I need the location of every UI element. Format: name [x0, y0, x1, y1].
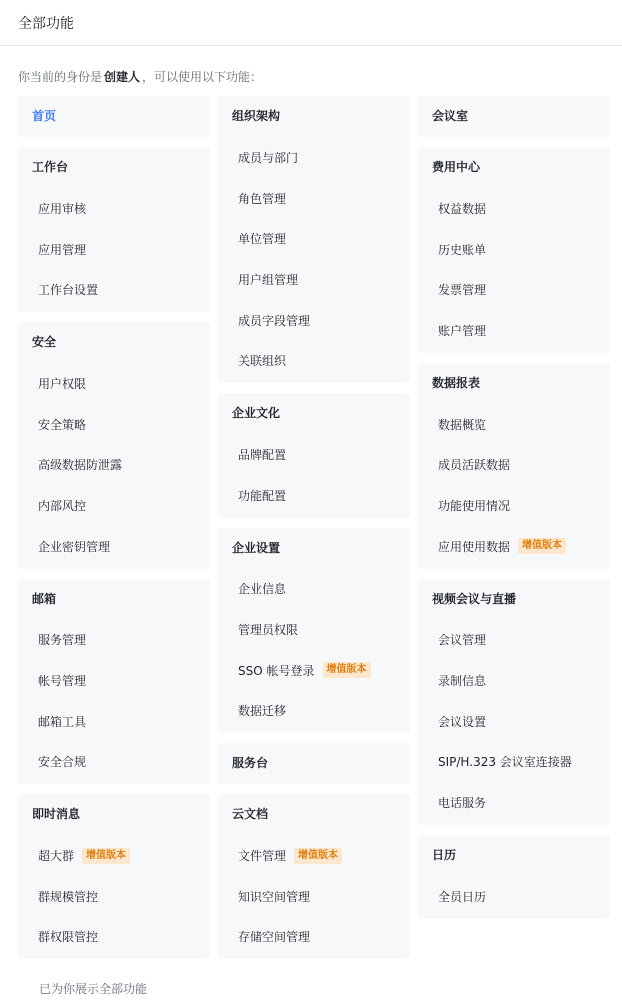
feature-item-label: 应用管理 [38, 241, 86, 258]
feature-item-label: 群权限管控 [38, 928, 98, 945]
card-title: 企业文化 [218, 393, 410, 434]
feature-item[interactable]: 功能使用情况 [418, 485, 610, 526]
feature-item-label: 应用审核 [38, 200, 86, 217]
feature-item[interactable]: 工作台设置 [18, 269, 210, 310]
card-title: 即时消息 [18, 794, 210, 835]
feature-item[interactable]: 电话服务 [418, 782, 610, 823]
feature-item-label: 文件管理 [238, 847, 286, 864]
feature-item-label: 成员字段管理 [238, 312, 310, 329]
feature-item[interactable]: 安全合规 [18, 742, 210, 783]
card-title[interactable]: 服务台 [218, 743, 410, 784]
feature-item[interactable]: 成员活跃数据 [418, 444, 610, 485]
feature-item[interactable]: 群规模管控 [18, 876, 210, 917]
feature-item[interactable]: 角色管理 [218, 178, 410, 219]
feature-item-label: 角色管理 [238, 190, 286, 207]
feature-item-label: 工作台设置 [38, 281, 98, 298]
feature-item[interactable]: 关联组织 [218, 340, 410, 381]
premium-badge: 增值版本 [323, 662, 371, 678]
feature-item-label: 安全合规 [38, 753, 86, 770]
card-title[interactable]: 会议室 [418, 96, 610, 137]
feature-item-label: 用户组管理 [238, 271, 298, 288]
column-3: 会议室费用中心权益数据历史账单发票管理账户管理数据报表数据概览成员活跃数据功能使… [418, 96, 610, 919]
feature-item-label: 应用使用数据 [438, 538, 510, 555]
feature-item-label: 群规模管控 [38, 888, 98, 905]
card-title: 视频会议与直播 [418, 579, 610, 620]
feature-item[interactable]: 企业信息 [218, 569, 410, 610]
feature-item[interactable]: 用户组管理 [218, 259, 410, 300]
card-title: 邮箱 [18, 579, 210, 620]
feature-item[interactable]: 会议设置 [418, 701, 610, 742]
feature-item[interactable]: 成员与部门 [218, 137, 410, 178]
feature-card: 视频会议与直播会议管理录制信息会议设置SIP/H.323 会议室连接器电话服务 [418, 579, 610, 825]
feature-item-label: 账户管理 [438, 322, 486, 339]
feature-card: 数据报表数据概览成员活跃数据功能使用情况应用使用数据增值版本 [418, 363, 610, 569]
column-1: 首页工作台应用审核应用管理工作台设置安全用户权限安全策略高级数据防泄露内部风控企… [18, 96, 210, 959]
feature-item[interactable]: 邮箱工具 [18, 701, 210, 742]
intro-prefix: 你当前的身份是 [18, 70, 102, 84]
feature-item[interactable]: 用户权限 [18, 363, 210, 404]
feature-card: 邮箱服务管理帐号管理邮箱工具安全合规 [18, 579, 210, 785]
feature-item[interactable]: 帐号管理 [18, 660, 210, 701]
feature-card: 企业文化品牌配置功能配置 [218, 393, 410, 517]
feature-card: 会议室 [418, 96, 610, 137]
feature-item[interactable]: 会议管理 [418, 620, 610, 661]
feature-item-label: 邮箱工具 [38, 713, 86, 730]
feature-item[interactable]: 服务管理 [18, 620, 210, 661]
feature-item[interactable]: 成员字段管理 [218, 300, 410, 341]
feature-item-label: 成员与部门 [238, 149, 298, 166]
card-title: 云文档 [218, 794, 410, 835]
feature-item-label: 会议管理 [438, 631, 486, 648]
feature-item[interactable]: 品牌配置 [218, 434, 410, 475]
card-title: 组织架构 [218, 96, 410, 137]
feature-item[interactable]: 数据概览 [418, 404, 610, 445]
feature-item[interactable]: 功能配置 [218, 475, 410, 516]
feature-item[interactable]: 高级数据防泄露 [18, 444, 210, 485]
page-header: 全部功能 [0, 0, 622, 46]
feature-item-label: SSO 帐号登录 [238, 662, 315, 679]
page-title: 全部功能 [18, 13, 74, 33]
feature-item-label: 成员活跃数据 [438, 456, 510, 473]
premium-badge: 增值版本 [518, 538, 566, 554]
feature-item[interactable]: 权益数据 [418, 188, 610, 229]
feature-item-label: 内部风控 [38, 497, 86, 514]
feature-card: 安全用户权限安全策略高级数据防泄露内部风控企业密钥管理 [18, 322, 210, 568]
feature-item-label: 安全策略 [38, 416, 86, 433]
feature-card: 服务台 [218, 743, 410, 784]
feature-item[interactable]: 知识空间管理 [218, 876, 410, 917]
feature-item-label: 数据迁移 [238, 702, 286, 719]
premium-badge: 增值版本 [82, 848, 130, 864]
feature-item-label: 电话服务 [438, 794, 486, 811]
card-title: 日历 [418, 835, 610, 876]
feature-card: 即时消息超大群增值版本群规模管控群权限管控 [18, 794, 210, 959]
feature-item[interactable]: 内部风控 [18, 485, 210, 526]
card-title: 数据报表 [418, 363, 610, 404]
feature-item-label: 关联组织 [238, 352, 286, 369]
feature-item-label: SIP/H.323 会议室连接器 [438, 753, 572, 770]
feature-card: 企业设置企业信息管理员权限SSO 帐号登录增值版本数据迁移 [218, 528, 410, 734]
feature-item[interactable]: 应用使用数据增值版本 [418, 526, 610, 567]
feature-item[interactable]: 存储空间管理 [218, 917, 410, 958]
feature-item[interactable]: 超大群增值版本 [18, 835, 210, 876]
feature-item-label: 超大群 [38, 847, 74, 864]
feature-item[interactable]: 账户管理 [418, 310, 610, 351]
feature-item-label: 帐号管理 [38, 672, 86, 689]
feature-item-label: 知识空间管理 [238, 888, 310, 905]
feature-item[interactable]: 管理员权限 [218, 609, 410, 650]
home-link[interactable]: 首页 [18, 96, 210, 137]
feature-item[interactable]: SIP/H.323 会议室连接器 [418, 742, 610, 783]
feature-item-label: 服务管理 [38, 631, 86, 648]
feature-item[interactable]: SSO 帐号登录增值版本 [218, 650, 410, 691]
column-2: 组织架构成员与部门角色管理单位管理用户组管理成员字段管理关联组织企业文化品牌配置… [218, 96, 410, 959]
feature-item-label: 品牌配置 [238, 446, 286, 463]
feature-item[interactable]: 安全策略 [18, 404, 210, 445]
feature-item-label: 权益数据 [438, 200, 486, 217]
feature-item-label: 管理员权限 [238, 621, 298, 638]
feature-card: 首页 [18, 96, 210, 137]
feature-item-label: 用户权限 [38, 375, 86, 392]
card-title: 费用中心 [418, 147, 610, 188]
intro-suffix: ，可以使用以下功能： [142, 70, 262, 84]
feature-item-label: 数据概览 [438, 416, 486, 433]
feature-card: 日历全员日历 [418, 835, 610, 919]
feature-item-label: 会议设置 [438, 713, 486, 730]
footer-note: 已为你展示全部功能 [39, 980, 147, 997]
feature-item-label: 功能使用情况 [438, 497, 510, 514]
feature-item[interactable]: 录制信息 [418, 660, 610, 701]
feature-item-label: 录制信息 [438, 672, 486, 689]
card-title: 工作台 [18, 147, 210, 188]
card-title: 企业设置 [218, 528, 410, 569]
feature-item[interactable]: 单位管理 [218, 218, 410, 259]
feature-item[interactable]: 发票管理 [418, 269, 610, 310]
feature-item[interactable]: 应用审核 [18, 188, 210, 229]
feature-item-label: 发票管理 [438, 281, 486, 298]
feature-item[interactable]: 数据迁移 [218, 691, 410, 732]
feature-item-label: 单位管理 [238, 230, 286, 247]
feature-item-label: 全员日历 [438, 888, 486, 905]
feature-item[interactable]: 群权限管控 [18, 917, 210, 958]
feature-item-label: 历史账单 [438, 241, 486, 258]
feature-card: 组织架构成员与部门角色管理单位管理用户组管理成员字段管理关联组织 [218, 96, 410, 383]
feature-card: 云文档文件管理增值版本知识空间管理存储空间管理 [218, 794, 410, 959]
feature-item[interactable]: 全员日历 [418, 876, 610, 917]
feature-item-label: 功能配置 [238, 487, 286, 504]
feature-item-label: 高级数据防泄露 [38, 456, 122, 473]
feature-item-label: 存储空间管理 [238, 928, 310, 945]
role-name: 创建人 [104, 70, 140, 84]
feature-card: 费用中心权益数据历史账单发票管理账户管理 [418, 147, 610, 353]
feature-item[interactable]: 历史账单 [418, 229, 610, 270]
feature-item[interactable]: 企业密钥管理 [18, 526, 210, 567]
feature-item[interactable]: 应用管理 [18, 229, 210, 270]
feature-item-label: 企业密钥管理 [38, 538, 110, 555]
feature-item[interactable]: 文件管理增值版本 [218, 835, 410, 876]
card-title: 安全 [18, 322, 210, 363]
premium-badge: 增值版本 [294, 848, 342, 864]
role-intro: 你当前的身份是创建人，可以使用以下功能： [18, 68, 262, 85]
feature-card: 工作台应用审核应用管理工作台设置 [18, 147, 210, 312]
feature-item-label: 企业信息 [238, 580, 286, 597]
